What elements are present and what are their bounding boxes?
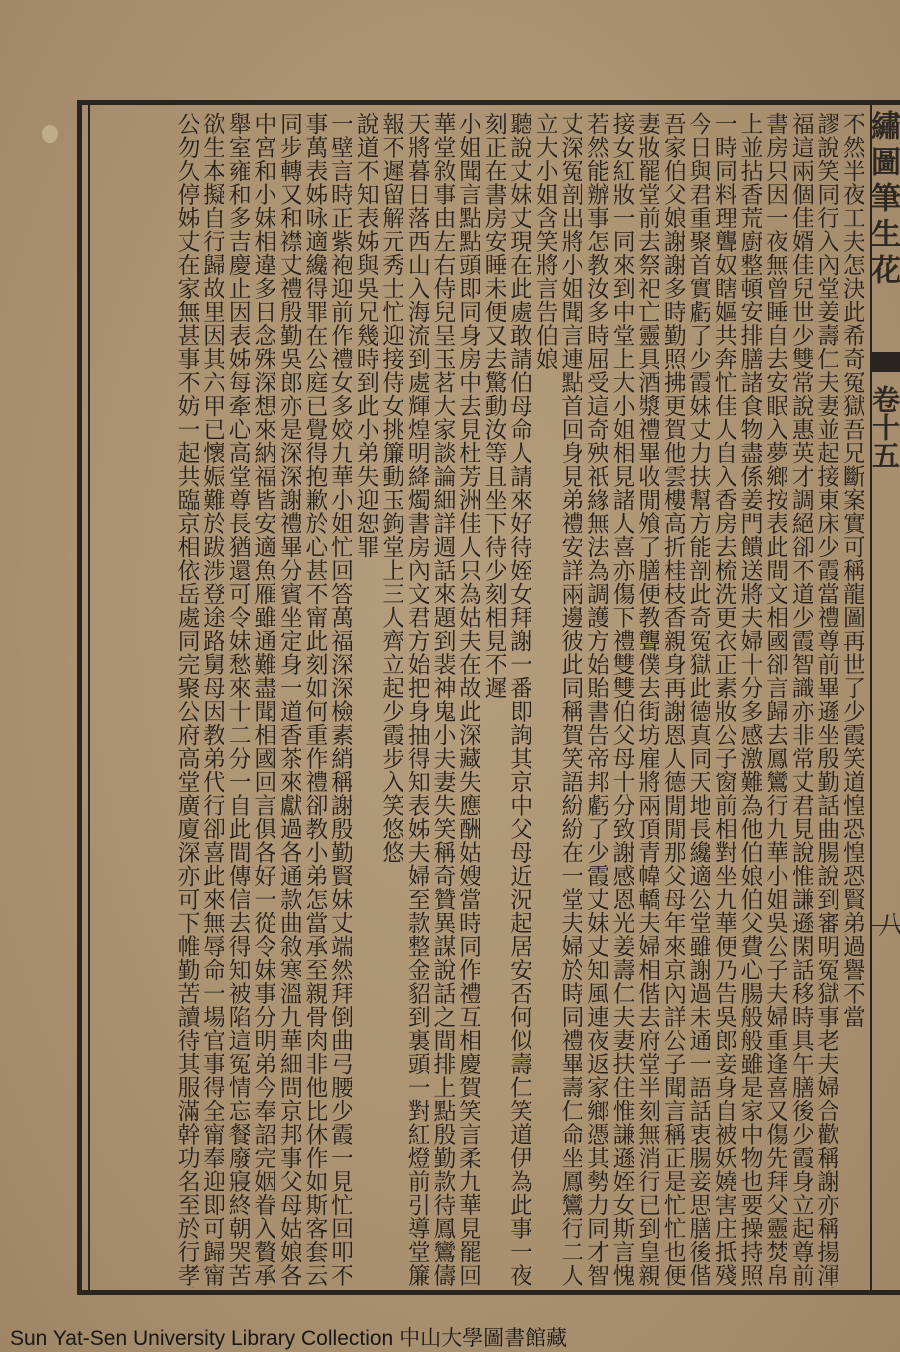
text-column: 刻正在書房安睡未便又去驚動汝等且坐下待少刻相見不遲 [480,112,506,1288]
scanned-book-page: 繡圖筆生花 卷十五 八 不然半夜工夫怎決此希奇冤獄吾兄斷案實可稱龍圖再世了少霞笑… [0,0,900,1352]
text-column: 接女紅妝一同來到中堂上大小姐相見諸人喜亦傷下禮雙雙伯父母十分致謝感恩光姜壽仁夫妻… [608,112,634,1288]
text-column: 舉室雍和多吉慶止因表姊每牽心高堂尊長猶還可令妹愁來十二分一自此間傳信去得知被陷這… [224,112,250,1288]
text-column: 吾家伯父娘謝謝多時勤照拂更賀他雲樓高折桂枝香親身再謝恩人德閒閒那父母年來京內詳公… [659,112,685,1288]
text-column: 上並拈香荒廚整頓安排膳諸食物盡係姜門饋送將夫婦十分多感激難為他伯娘伯父費心腸般般… [736,112,762,1288]
text-column: 報不遲留解元秀士忙迎接侍女挑簾動玉鉤堂上三人齊立起少霞步入笑悠悠 [378,112,404,1288]
collection-caption-zh: 中山大學圖書館藏 [399,1326,567,1350]
text-column: 公勿久停姊丈在家無甚事不妨一起共臨京相依岳處同完聚公府高堂廣廈深亦可下帷勤苦讀待… [173,112,199,1288]
collection-caption: Sun Yat-Sen University Library Collectio… [10,1322,567,1352]
text-column: 說道不知表姊與吳兄幾時到此小弟失迎恕罪 [352,112,378,1288]
inner-border-line [88,105,90,1290]
text-column: 不然半夜工夫怎決此希奇冤獄吾兄斷案實可稱龍圖再世了少霞笑道惶恐惶恐賢弟過譽不當 [838,112,864,1288]
vertical-text-body: 不然半夜工夫怎決此希奇冤獄吾兄斷案實可稱龍圖再世了少霞笑道惶恐惶恐賢弟過譽不當 … [94,112,864,1288]
text-column: 小姐聞言點點頭即同身房中去見杜芳洲佳人只為姑夫在故此深藏失應酬姑嫂當時同作禮互相… [455,112,481,1288]
text-column: 欲生本擬自行歸故里因其六甲已懷娠難於跋涉登途路舅母因教弟代行卻喜此來無辱命一場官… [199,112,225,1288]
banner-title: 繡圖筆生花 [874,110,900,290]
text-column: 聽說丈妹丈現在此處敢請伯母命人請來好待姪女拜謝一番即詢其京中父母近況起居安否何似… [506,112,532,1288]
collection-caption-en: Sun Yat-Sen University Library Collectio… [10,1327,393,1350]
banner-rule [872,925,900,926]
text-column: 書房只因一夜無曾睡自去安眠入夢鄉按表此間文相國卻言歸去鳳鸞行九華小姐吳公子夫婦重… [762,112,788,1288]
text-column: 謬說笑同行入內堂姜壽仁夫妻並起接東床少霞當禮尊前畢遜坐殷勤話曲腸說到審明冤獄事老… [813,112,839,1288]
text-column: 華堂敘事由左右侍兒呈玉茗大家談論細詳週話來題到裴神鬼小夫妻失笑稱奇贊異謀說話之間… [429,112,455,1288]
text-column: 丈深冤剖出將小姐聞言連點首回身見弟禮安詳兩邊彼此同稱賀笑語紛紛在一堂夫婦於時同禮… [557,112,583,1288]
text-column: 同步轉又和襟丈禮殷勤吳郎亦是深深謝禮畢分賓坐定身一道香茶來獻過各通款曲敘寒溫九華… [275,112,301,1288]
text-column: 福這兩個佳婿佳兒世少雙常說惠英才調絕卻不道少霞智識亦非常丈君見說惟謙遜閑話移時具… [787,112,813,1288]
text-column: 若然能辦事怎教汝多時屈受這奇殃祇緣無法為調護方始貽書告帝邦虧了少霞丈妹丈知風連夜… [582,112,608,1288]
text-column: 今日與君重聚首實虧了少霞妹丈力扶幫方能剖此奇冤獄此德真同天地長纔適公堂雖謝過未通… [685,112,711,1288]
text-column: 天將暮日落西山入海流到處輝煌明絳燭書房內文君方始把身抽得知表姊夫婦至款整金貂到裏… [403,112,429,1288]
fish-tail-mark [872,352,900,372]
page-number: 八 [878,905,900,942]
text-column: 立大小姐含笑將言告伯娘 [531,112,557,1288]
paper-wormhole [42,125,58,143]
text-column: 一壁言時正紫袍迎前作禮女多姣九華小姐忙回答萬福深深檢素綃稱謝殷勤賢妹丈端然拜倒曲… [327,112,353,1288]
text-column: 一時同料理聾奴瞎嫗共奔忙佳人自入香房去梳洗更衣正素妝公子窗前相對坐九華便乃告吳郎… [710,112,736,1288]
banner-volume: 卷十五 [874,385,900,469]
text-column: 妻妝罷堂前去祭祀亡靈具酒漿禮畢收閒飧了膳便教聾僕去街坊雇將兩頂青幃轎夫婦相偕去府… [634,112,660,1288]
text-column: 事萬表姊咏適纔得罪在公庭已覺得抱歉於心甚不甯此刻如何重作禮卻教小弟怎當承至親骨肉… [301,112,327,1288]
text-column: 中宮和小妹相違多日念殊深想來納福皆安適魚雁雖通難盡聞相國回言俱各好一從令妹事分明… [250,112,276,1288]
